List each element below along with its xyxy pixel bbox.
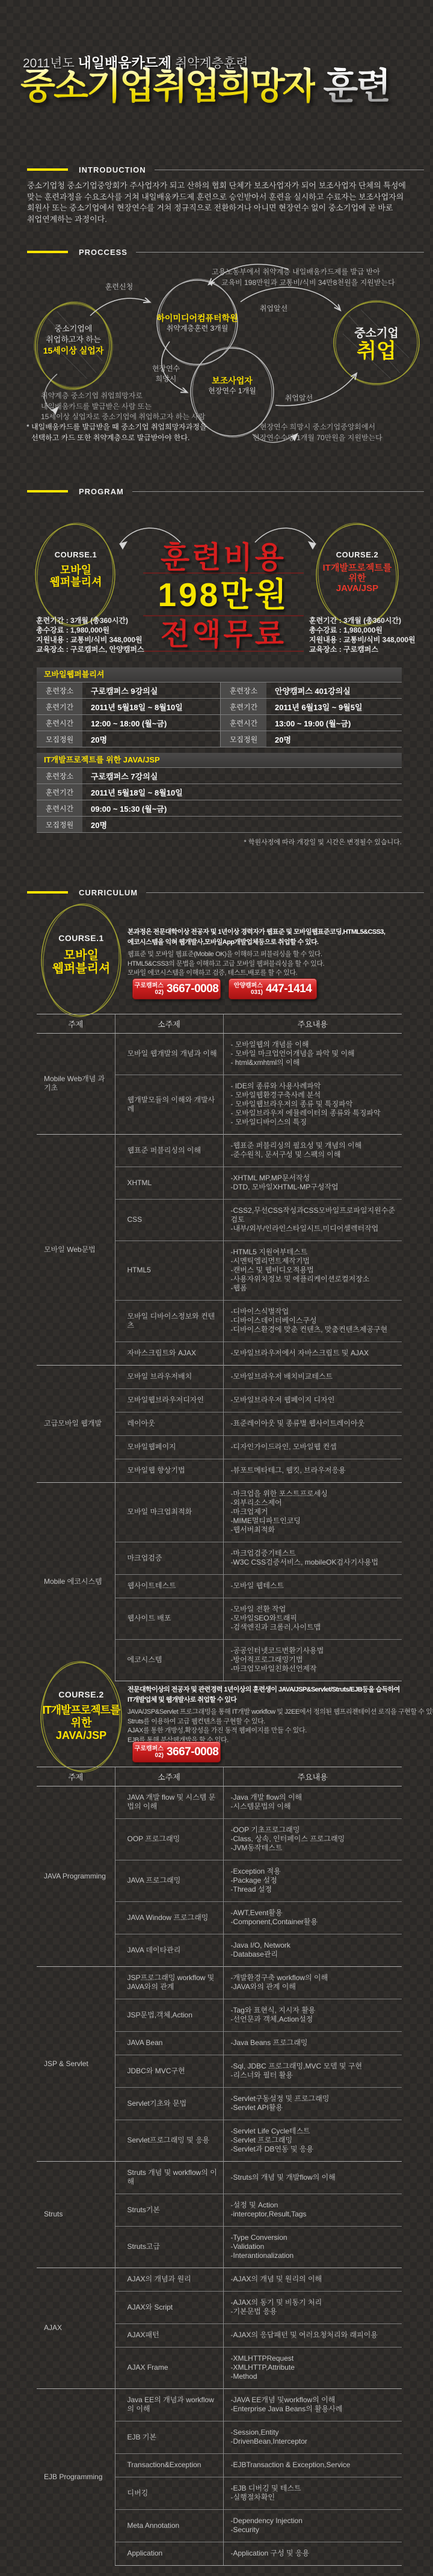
curriculum-details-cell: -모바일브라우저 웹페이지 디자인 bbox=[223, 1389, 402, 1412]
program-table-label: 훈련장소 bbox=[221, 682, 266, 698]
curriculum-subtopic-cell: 레이아웃 bbox=[115, 1412, 223, 1436]
curriculum-course1-intro: 웹표준 및 모바일 웹표준(Mobile OK)을 이해하고 퍼블리싱을 할 수… bbox=[127, 950, 324, 978]
program-table-label: 모집정원 bbox=[37, 731, 82, 747]
curriculum-subtopic-cell: 모바일 웹개발의 개념과 이해 bbox=[115, 1034, 223, 1075]
course2-detail-line: 교육장소 : 구로캠퍼스 bbox=[309, 645, 416, 654]
curriculum-subtopic-cell: Struts 개념 및 workflow의 이해 bbox=[115, 2162, 223, 2194]
curriculum-col-header: 소주제 bbox=[115, 1014, 223, 1034]
course1-intro-bold-line: 본과정은 전문대학이상 전공자 및 1년이상 경력자가 웹표준 및 모바일웹표준… bbox=[127, 927, 385, 937]
curriculum-details-cell: -Struts의 개념 및 개발flow의 이해 bbox=[223, 2162, 402, 2194]
program-table-value: 20명 bbox=[82, 817, 402, 832]
curriculum-details-cell: -Tag와 표현식, 지시자 활용-선언문과 객체,Action설정 bbox=[223, 1999, 402, 2032]
curriculum-topic-cell: 모바일 Web문법 bbox=[37, 1135, 115, 1366]
program-table-label: 훈련시간 bbox=[37, 800, 82, 816]
curriculum-col-header: 주제 bbox=[37, 1767, 115, 1786]
curriculum-details-cell: -Sql, JDBC 프로그래밍,MVC 모델 및 구현-리스너와 필터 활용 bbox=[223, 2055, 402, 2088]
curriculum-subtopic-cell: 모바일웹 향상기법 bbox=[115, 1459, 223, 1483]
process-left-note-line: 취약계층 중소기업 취업희망자로 bbox=[41, 391, 205, 402]
curriculum-course2-circle-text: COURSE.2 IT개발프로젝트를 위한 JAVA/JSP bbox=[30, 1690, 132, 1742]
program-table1: 훈련장소구로캠퍼스 9강의실훈련장소안양캠퍼스 401강의실훈련기간2011년 … bbox=[37, 682, 402, 747]
process-top-note-line1: 고용노동부에서 취약계층 내일배움카드제를 발급 받아 bbox=[212, 266, 395, 277]
program-table-label: 훈련장소 bbox=[37, 768, 82, 784]
curriculum-table-course1: 주제소주제주요내용Mobile Web개념 과 기초모바일 웹개발의 개념과 이… bbox=[37, 1014, 402, 1681]
process-circle-academy-text: 하이미디어컴퓨터학원 취약계층훈련 3개월 bbox=[152, 313, 243, 334]
page-title: 중소기업취업희망자 훈련 bbox=[20, 67, 389, 105]
phone-button-number: 3667-0008 bbox=[167, 983, 218, 996]
banner-line3: 전액무료 bbox=[143, 619, 304, 649]
curriculum-col-header: 주요내용 bbox=[223, 1767, 402, 1786]
program-table-label: 모집정원 bbox=[37, 817, 82, 832]
program-table-value: 09:00 ~ 15:30 (월~금) bbox=[82, 800, 402, 816]
section-label: PROGRAM bbox=[79, 487, 124, 496]
curriculum-details-cell: -공공인터넷코드변환기사용법-방어적프로그래밍기법-마크업모바일친화선언제작 bbox=[223, 1640, 402, 1681]
curriculum-subtopic-cell: HTML5 bbox=[115, 1241, 223, 1301]
curriculum-subtopic-cell: Java EE의 개념과 workflow의 이해 bbox=[115, 2389, 223, 2421]
course1-intro-bold-line: 에코시스템을 익혀 웹개발사,모바일App개발업체등으로 취업할 수 있다. bbox=[127, 937, 385, 948]
banner-line1: 훈련비용 bbox=[143, 542, 304, 572]
section-divider-introduction: INTRODUCTION bbox=[27, 165, 424, 174]
curriculum-topic-cell: EJB Programming bbox=[37, 2389, 115, 2566]
curriculum-course1-circle-text: COURSE.1 모바일 웹퍼블리셔 bbox=[33, 933, 129, 975]
phone-button-guro[interactable]: 구로캠퍼스02) 3667-0008 bbox=[132, 978, 221, 999]
curriculum-details-cell: -EJBTransaction & Exception,Service bbox=[223, 2454, 402, 2477]
curriculum-subtopic-cell: 에코시스템 bbox=[115, 1640, 223, 1681]
curriculum-subtopic-cell: JSP프로그래밍 workflow 및 JAVA와의 관계 bbox=[115, 1967, 223, 1999]
curriculum-course1-intro-bold: 본과정은 전문대학이상 전공자 및 1년이상 경력자가 웹표준 및 모바일웹표준… bbox=[127, 927, 385, 948]
course2-intro-bold-line: 전문대학이상의 전공자 및 관련경력 1년이상의 훈련생이 JAVA/JSP&S… bbox=[127, 1685, 400, 1695]
curriculum-subtopic-cell: OOP 프로그래밍 bbox=[115, 1819, 223, 1860]
course1-detail-line: 교육장소 : 구로캠퍼스, 안양캠퍼스 bbox=[36, 645, 144, 654]
program-table-label: 훈련기간 bbox=[37, 699, 82, 714]
course2-detail-line: 훈련기간 : 3개월 (총360시간) bbox=[309, 616, 416, 625]
curriculum-subtopic-cell: JSP문법,객체,Action bbox=[115, 1999, 223, 2032]
course2-detail-line: 총수강료 : 1,980,000원 bbox=[309, 625, 416, 635]
process-circle-left-text: 중소기업에 취업하고자 하는 15세이상 실업자 bbox=[31, 324, 115, 357]
program-table-label: 모집정원 bbox=[221, 731, 266, 747]
program-table-row: 모집정원20명 bbox=[37, 817, 402, 833]
curriculum-details-cell: -디자인가이드라인, 모바일웹 컨셉 bbox=[223, 1436, 402, 1459]
banner-line2: 198만원 bbox=[143, 578, 304, 612]
course1-detail-line: 훈련기간 : 3개월 (총360시간) bbox=[36, 616, 144, 625]
curriculum-details-cell: -개발환경구축 workflow의 이해-JAVA와의 관계 이해 bbox=[223, 1967, 402, 1999]
phone-button-anyang[interactable]: 안양캠퍼스031) 447-1414 bbox=[229, 978, 317, 999]
divider-line bbox=[132, 491, 424, 492]
curriculum-details-cell: -표준레이아웃 및 종류별 웹사이트레이아웃 bbox=[223, 1412, 402, 1436]
process-right-note: 현장연수 희망시 중소기업중앙회에서 현장연수수당 1개월 70만원을 지원받는… bbox=[245, 422, 390, 443]
program-table-value: 13:00 ~ 19:00 (월~금) bbox=[266, 715, 402, 731]
curriculum-details-cell: - 모바일웹의 개념를 이해- 모바일 마크업언어개념을 파악 및 이해- ht… bbox=[223, 1034, 402, 1075]
curriculum-subtopic-cell: AJAX의 개념과 원리 bbox=[115, 2268, 223, 2292]
curriculum-details-cell: -XHTML MP,MP문서작성-DTD, 모바일XHTML-MP구성작업 bbox=[223, 1167, 402, 1200]
curriculum-details-cell: -Java I/O, Network-Database관리 bbox=[223, 1934, 402, 1967]
curriculum-topic-cell: Mobile Web개념 과 기초 bbox=[37, 1034, 115, 1135]
program-table-label: 훈련기간 bbox=[221, 699, 266, 714]
curriculum-topic-cell: Mobile 에코시스템 bbox=[37, 1483, 115, 1681]
program-table2-title: IT개발프로젝트를 위한 JAVA/JSP bbox=[37, 753, 402, 767]
program-course1-details: 훈련기간 : 3개월 (총360시간)총수강료 : 1,980,000원지원내용… bbox=[36, 616, 144, 654]
phone-button-number: 447-1414 bbox=[266, 983, 312, 996]
course1-detail-line: 총수강료 : 1,980,000원 bbox=[36, 625, 144, 635]
program-table-label: 훈련기간 bbox=[37, 784, 82, 800]
curriculum-details-cell: -모바일브라우저 배치비교테스트 bbox=[223, 1366, 402, 1389]
course1-intro-line: 웹표준 및 모바일 웹표준(Mobile OK)을 이해하고 퍼블리싱을 할 수… bbox=[127, 950, 324, 960]
course2-detail-line: 지원내용 : 교통비/식비 348,000원 bbox=[309, 635, 416, 645]
divider-accent-bar bbox=[27, 168, 68, 171]
course1-detail-line: 지원내용 : 교통비/식비 348,000원 bbox=[36, 635, 144, 645]
curriculum-subtopic-cell: 웹사이트 배포 bbox=[115, 1598, 223, 1640]
course2-intro-line: JAVA/JSP&Servlet 프로그래밍을 통해 IT개발 workflow… bbox=[127, 1708, 433, 1717]
curriculum-details-cell: -Dependency Injection-Security bbox=[223, 2510, 402, 2542]
curriculum-subtopic-cell: JAVA Window 프로그래밍 bbox=[115, 1902, 223, 1934]
curriculum-subtopic-cell: 모바일 디바이스정보와 컨텐츠 bbox=[115, 1301, 223, 1342]
program-table-label: 훈련장소 bbox=[37, 682, 82, 698]
curriculum-subtopic-cell: 마크업검증 bbox=[115, 1542, 223, 1575]
curriculum-details-cell: -AJAX의 동기 및 비동기 처리-기본문법 응용 bbox=[223, 2292, 402, 2324]
curriculum-details-cell: -디바이스식별작업-디바이스데이터베이스구성-디바이스환경에 맞춘 컨텐츠, 맞… bbox=[223, 1301, 402, 1342]
curriculum-header-row: 주제소주제주요내용 bbox=[37, 1767, 402, 1786]
phone-button-number: 3667-0008 bbox=[167, 1746, 218, 1759]
curriculum-subtopic-cell: JAVA 프로그래밍 bbox=[115, 1860, 223, 1902]
curriculum-subtopic-cell: JAVA Bean bbox=[115, 2032, 223, 2055]
phone-button-campus: 구로캠퍼스 bbox=[135, 983, 164, 989]
program-table-row: 훈련기간2011년 5월18일 ~ 8월10일훈련기간2011년 6월13일 ~… bbox=[37, 699, 402, 715]
curriculum-subtopic-cell: Servlet기초와 문법 bbox=[115, 2088, 223, 2120]
curriculum-subtopic-cell: Servlet프로그래밍 및 응용 bbox=[115, 2120, 223, 2162]
section-label: CURRICULUM bbox=[79, 888, 138, 897]
curriculum-details-cell: -EJB 디버깅 및 테스트-실행절차확인 bbox=[223, 2477, 402, 2510]
program-table-value: 20명 bbox=[266, 731, 402, 747]
course1-intro-line: 모바일 에코시스템을 이해하고 검증, 테스트,배포를 할 수 있다. bbox=[127, 969, 324, 978]
curriculum-details-cell: -Servlet Life Cycle테스트-Servlet 프로그래밍-Ser… bbox=[223, 2120, 402, 2162]
process-left-note-line: 내일배움카드를 발급받은 사람 또는 bbox=[41, 402, 205, 412]
curriculum-details-cell: -모바일 전환 작업-모바일SEO와트래픽-검색엔진과 크롤러,사이트맵 bbox=[223, 1598, 402, 1640]
curriculum-subtopic-cell: AJAX Frame bbox=[115, 2348, 223, 2389]
program-note: * 학원사정에 따라 개강일 및 시간은 변경될수 있습니다. bbox=[37, 837, 402, 847]
curriculum-course2-intro-bold: 전문대학이상의 전공자 및 관련경력 1년이상의 훈련생이 JAVA/JSP&S… bbox=[127, 1685, 400, 1705]
section-divider-curriculum: CURRICULUM bbox=[27, 888, 424, 897]
curriculum-subtopic-cell: JDBC와 MVC구현 bbox=[115, 2055, 223, 2088]
introduction-text: 중소기업청 중소기업중앙회가 주사업자가 되고 산하의 협회 단체가 보조사업자… bbox=[27, 180, 408, 225]
divider-accent-bar bbox=[27, 251, 68, 253]
curriculum-row: JSP & ServletJSP프로그래밍 workflow 및 JAVA와의 … bbox=[37, 1967, 402, 1999]
program-table-row: 훈련시간12:00 ~ 18:00 (월~금)훈련시간13:00 ~ 19:00… bbox=[37, 715, 402, 731]
phone-button-campus: 안양캠퍼스 bbox=[234, 983, 263, 989]
poster-page: 2011년도 내일배움카드제 취약계층훈련 중소기업취업희망자 훈련 INTRO… bbox=[0, 0, 433, 2576]
course2-intro-bold-line: IT개발업체 및 웹개발사로 취업할 수 있다 bbox=[127, 1695, 400, 1705]
process-circle-right-text: 중소기업 취업 bbox=[334, 327, 419, 362]
curriculum-subtopic-cell: AJAX와 Script bbox=[115, 2292, 223, 2324]
phone-button-campus: 구로캠퍼스 bbox=[135, 1746, 164, 1752]
curriculum-subtopic-cell: 웹개발모듈의 이해와 개발사례 bbox=[115, 1075, 223, 1135]
process-arrow-label-place-top: 취업알선 bbox=[256, 303, 292, 313]
curriculum-row: Mobile 에코시스템모바일 마크업최적화-마크업을 위한 포스트프로세싱-외… bbox=[37, 1483, 402, 1542]
curriculum-details-cell: -Java 개발 flow의 이해-시스템문법의 이해 bbox=[223, 1786, 402, 1819]
curriculum-details-cell: -Session,Entity-DrivenBean,Interceptor bbox=[223, 2421, 402, 2454]
phone-button-guro-2[interactable]: 구로캠퍼스02) 3667-0008 bbox=[132, 1741, 221, 1762]
phone-button-prefix: 031) bbox=[251, 989, 263, 996]
program-table-label: 훈련시간 bbox=[221, 715, 266, 731]
curriculum-details-cell: -웹표준 퍼블리싱의 필요성 및 개념의 이해-준수원칙, 문서구성 및 스팩의… bbox=[223, 1135, 402, 1167]
curriculum-course2-intro: JAVA/JSP&Servlet 프로그래밍을 통해 IT개발 workflow… bbox=[127, 1708, 433, 1745]
curriculum-details-cell: - IDE의 종류와 사용사례파악- 모바일웹환경구축사례 분석- 모바일웹브라… bbox=[223, 1075, 402, 1135]
section-label: INTRODUCTION bbox=[79, 165, 146, 174]
program-table-label: 훈련시간 bbox=[37, 715, 82, 731]
program-table-row: 훈련시간09:00 ~ 15:30 (월~금) bbox=[37, 800, 402, 817]
curriculum-details-cell: -AJAX의 응답패턴 및 여러요청처리와 래피이용 bbox=[223, 2324, 402, 2348]
process-left-note-line: 15세이상 실업자로 중소기업에 취업하고자 하는 사람 bbox=[41, 412, 205, 423]
program-table-value: 20명 bbox=[82, 731, 221, 747]
curriculum-subtopic-cell: XHTML bbox=[115, 1167, 223, 1200]
program-table-value: 구로캠퍼스 7강의실 bbox=[82, 768, 402, 784]
process-arrow-label-place-bottom: 취업알선 bbox=[281, 393, 317, 403]
curriculum-subtopic-cell: 웹표준 퍼블리싱의 이해 bbox=[115, 1135, 223, 1167]
course2-intro-line: Struts를 이용하여 고급 웹컨텐츠를 구현할 수 있다. bbox=[127, 1717, 433, 1727]
curriculum-details-cell: -OOP 기초프로그래밍-Class, 상속, 인터페이스 프로그래밍-JVM동… bbox=[223, 1819, 402, 1860]
process-top-note-line2: 교육비 198만원과 교통비/식비 34만8천원을 지원받는다 bbox=[212, 277, 395, 288]
curriculum-subtopic-cell: 웹사이트테스트 bbox=[115, 1575, 223, 1598]
curriculum-topic-cell: JAVA Programming bbox=[37, 1786, 115, 1967]
process-arrow-label-apply: 훈련신청 bbox=[101, 281, 137, 292]
curriculum-subtopic-cell: CSS bbox=[115, 1200, 223, 1241]
curriculum-subtopic-cell: Struts기본 bbox=[115, 2194, 223, 2227]
divider-line bbox=[136, 252, 424, 253]
program-table-value: 안양캠퍼스 401강의실 bbox=[266, 682, 402, 698]
curriculum-header-row: 주제소주제주요내용 bbox=[37, 1014, 402, 1034]
curriculum-topic-cell: 고급모바일 웹개발 bbox=[37, 1366, 115, 1483]
section-divider-program: PROGRAM bbox=[27, 487, 424, 495]
curriculum-details-cell: -JAVA EE개념 및workflow의 이해-Enterprise Java… bbox=[223, 2389, 402, 2421]
curriculum-details-cell: -Type Conversion-Validation-Interantiona… bbox=[223, 2227, 402, 2268]
program-table-value: 구로캠퍼스 9강의실 bbox=[82, 682, 221, 698]
process-arrow-label-wish: 현장연수 희망시 bbox=[149, 364, 183, 384]
curriculum-details-cell: -뷰포트메타테그, 웹킷, 브라우저응용 bbox=[223, 1459, 402, 1483]
process-star-note: * 내일배움카드를 발급받을 때 중소기업 취업희망자과정을 선택하고 카드 또… bbox=[26, 422, 207, 443]
curriculum-subtopic-cell: Application bbox=[115, 2542, 223, 2566]
curriculum-details-cell: -모바일 웹테스트 bbox=[223, 1575, 402, 1598]
curriculum-col-header: 주요내용 bbox=[223, 1014, 402, 1034]
curriculum-details-cell: -Java Beans 프로그래밍 bbox=[223, 2032, 402, 2055]
curriculum-row: EJB ProgrammingJava EE의 개념과 workflow의 이해… bbox=[37, 2389, 402, 2421]
program-table-row: 훈련장소구로캠퍼스 9강의실훈련장소안양캠퍼스 401강의실 bbox=[37, 682, 402, 699]
curriculum-details-cell: -모바일브라우저에서 자바스크립트 및 AJAX bbox=[223, 1342, 402, 1366]
program-table-row: 훈련기간2011년 5월18일 ~ 8월10일 bbox=[37, 784, 402, 800]
program-table-row: 훈련장소구로캠퍼스 7강의실 bbox=[37, 768, 402, 784]
curriculum-details-cell: -마크업을 위한 포스트프로세싱-외부리소스제어-마크업제거-MIME멀티파트인… bbox=[223, 1483, 402, 1542]
curriculum-subtopic-cell: JAVA 개발 flow 및 시스템 문법의 이해 bbox=[115, 1786, 223, 1819]
curriculum-col-header: 소주제 bbox=[115, 1767, 223, 1786]
program-course2-details: 훈련기간 : 3개월 (총360시간)총수강료 : 1,980,000원지원내용… bbox=[309, 616, 416, 654]
curriculum-subtopic-cell: 모바일웹페이지 bbox=[115, 1436, 223, 1459]
divider-accent-bar bbox=[27, 891, 68, 894]
curriculum-topic-cell: Struts bbox=[37, 2162, 115, 2268]
curriculum-details-cell: -Application 구성 및 응용 bbox=[223, 2542, 402, 2566]
curriculum-topic-cell: JSP & Servlet bbox=[37, 1967, 115, 2162]
curriculum-details-cell: -AWT,Event활용-Component,Container활용 bbox=[223, 1902, 402, 1934]
curriculum-subtopic-cell: AJAX패턴 bbox=[115, 2324, 223, 2348]
curriculum-row: 모바일 Web문법웹표준 퍼블리싱의 이해-웹표준 퍼블리싱의 필요성 및 개념… bbox=[37, 1135, 402, 1167]
curriculum-details-cell: -설정 및 Action-interceptor,Result,Tags bbox=[223, 2194, 402, 2227]
curriculum-row: AJAXAJAX의 개념과 원리-AJAX의 개념 및 원리의 이해 bbox=[37, 2268, 402, 2292]
program-table-value: 12:00 ~ 18:00 (월~금) bbox=[82, 715, 221, 731]
curriculum-row: Mobile Web개념 과 기초모바일 웹개발의 개념과 이해- 모바일웹의 … bbox=[37, 1034, 402, 1075]
curriculum-details-cell: -Exception 적용-Package 설정-Thread 설정 bbox=[223, 1860, 402, 1902]
program-course2-circle-text: COURSE.2 IT개발프로젝트를 위한 JAVA/JSP bbox=[315, 550, 399, 593]
curriculum-details-cell: -AJAX의 개념 및 원리의 이해 bbox=[223, 2268, 402, 2292]
phone-button-prefix: 02) bbox=[155, 1752, 164, 1759]
program-course1-circle-text: COURSE.1 모바일 웹퍼블리셔 bbox=[34, 550, 118, 588]
curriculum-subtopic-cell: 모바일 브라우저배치 bbox=[115, 1366, 223, 1389]
section-label: PROCCESS bbox=[79, 248, 127, 257]
curriculum-topic-cell: AJAX bbox=[37, 2268, 115, 2389]
curriculum-details-cell: -Servlet구동설정 및 프로그래밍-Servlet API활용 bbox=[223, 2088, 402, 2120]
curriculum-details-cell: -CSS2,무선CSS작성과CSS모바일프로파일지원수준검토-내부/외부/인라인… bbox=[223, 1200, 402, 1241]
divider-line bbox=[155, 170, 424, 170]
program-table-row: 모집정원20명모집정원20명 bbox=[37, 731, 402, 747]
program-table2: 훈련장소구로캠퍼스 7강의실훈련기간2011년 5월18일 ~ 8월10일훈련시… bbox=[37, 767, 402, 833]
curriculum-subtopic-cell: EJB 기본 bbox=[115, 2421, 223, 2454]
curriculum-subtopic-cell: Transaction&Exception bbox=[115, 2454, 223, 2477]
process-top-note: 고용노동부에서 취약계층 내일배움카드제를 발급 받아 교육비 198만원과 교… bbox=[212, 266, 395, 288]
curriculum-subtopic-cell: 모바일 마크업최적화 bbox=[115, 1483, 223, 1542]
program-table1-title: 모바일웹퍼블리셔 bbox=[37, 667, 402, 682]
curriculum-row: JAVA ProgrammingJAVA 개발 flow 및 시스템 문법의 이… bbox=[37, 1786, 402, 1819]
divider-accent-bar bbox=[27, 490, 68, 492]
curriculum-details-cell: -XMLHTTPRequest-XMLHTTP,Attribute-Method bbox=[223, 2348, 402, 2389]
curriculum-table-course2: 주제소주제주요내용JAVA ProgrammingJAVA 개발 flow 및 … bbox=[37, 1767, 402, 2566]
curriculum-subtopic-cell: Struts고급 bbox=[115, 2227, 223, 2268]
curriculum-row: 고급모바일 웹개발모바일 브라우저배치-모바일브라우저 배치비교테스트 bbox=[37, 1366, 402, 1389]
divider-line bbox=[146, 892, 424, 893]
process-left-note: 취약계층 중소기업 취업희망자로내일배움카드를 발급받은 사람 또는15세이상 … bbox=[41, 391, 205, 423]
course2-intro-line: AJAX를 통한 개방성,확장성을 가진 동적 웹페이지를 만들 수 있다. bbox=[127, 1726, 433, 1736]
curriculum-subtopic-cell: Meta Annotation bbox=[115, 2510, 223, 2542]
curriculum-details-cell: -HTML5 지원여부테스트-시멘틱엘리먼트제작기법-캔버스 및 웹비디오적용법… bbox=[223, 1241, 402, 1301]
phone-button-prefix: 02) bbox=[155, 989, 164, 996]
curriculum-details-cell: -마크업검증기테스트-W3C CSS검증서비스, mobileOK검사기사용법 bbox=[223, 1542, 402, 1575]
program-table-value: 2011년 5월18일 ~ 8월10일 bbox=[82, 784, 402, 800]
section-divider-process: PROCCESS bbox=[27, 248, 424, 256]
course1-intro-line: HTML5&CSS3의 문법을 이해하고 고급 모바일 웹퍼블리싱을 할 수 있… bbox=[127, 960, 324, 969]
curriculum-subtopic-cell: 자바스크립트와 AJAX bbox=[115, 1342, 223, 1366]
curriculum-subtopic-cell: 모바일웹브라우저디자인 bbox=[115, 1389, 223, 1412]
program-table-value: 2011년 5월18일 ~ 8월10일 bbox=[82, 699, 221, 714]
curriculum-subtopic-cell: 디버깅 bbox=[115, 2477, 223, 2510]
curriculum-subtopic-cell: JAVA 데이타관리 bbox=[115, 1934, 223, 1967]
program-table-value: 2011년 6월13일 ~ 9월5일 bbox=[266, 699, 402, 714]
curriculum-row: StrutsStruts 개념 및 workflow의 이해-Struts의 개… bbox=[37, 2162, 402, 2194]
curriculum-col-header: 주제 bbox=[37, 1014, 115, 1034]
